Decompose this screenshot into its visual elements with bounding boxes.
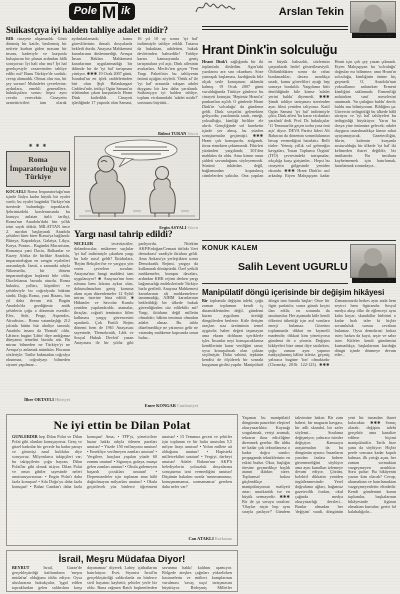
cartoon-drawing	[74, 136, 200, 220]
suikast-headline: Suikastçıya iyi halden tahliye adalet mi…	[6, 25, 198, 35]
column-arslan-tekin: Arslan Tekin ∙ ∙ ∙ ∙ ∙ ∙ ∙ ∙ ∙ ∙ ∙ ∙ ∙ ∙…	[202, 0, 396, 236]
arslan-text: sağlığında bir iki toplantıda dinledim. …	[202, 60, 396, 178]
newspaper-page: Pole M ik Suikastçıya iyi halden tahliye…	[0, 0, 400, 594]
polemik-logo: Pole M ik	[69, 2, 136, 21]
article-israil: İsrail, Meşru Müdafaa Diyor! BEYRUT İsra…	[6, 550, 238, 592]
header-rule	[202, 26, 348, 30]
konuk-name-rule	[202, 283, 348, 284]
yargi-text: tecavüzcüler, dolandırıcılar, mükerrer s…	[74, 242, 198, 345]
israil-text: İsrail, Gazze'de gerçekleştirdiği katlia…	[12, 566, 232, 592]
konuk-label: KONUK KALEM	[202, 245, 258, 252]
article-suikast: Pole M ik Suikastçıya iyi halden tahliye…	[6, 2, 198, 140]
konuk-body-lower: Yaşanan bu manipülatif döngünün panzehir…	[242, 416, 396, 592]
author-contact-strip: ∙ ∙ ∙ ∙ ∙ ∙ ∙ ∙ ∙ ∙ ∙ ∙ ∙ ∙	[352, 278, 396, 283]
roma-body: KOCAELİ Roma İmparatorluğu'nun içinde İt…	[6, 190, 70, 396]
konuk-author-name: Salih Levent UGURLU	[238, 261, 348, 273]
logo-letter-m: M	[100, 2, 118, 21]
suikast-text: cinayete alışamadık. Gözü dönmüş bir kat…	[6, 37, 198, 105]
dilan-headline: Ne iyi ettin be Dilan Polat	[12, 418, 232, 433]
israil-body: BEYRUT İsrail, Gazze'de gerçekleştirdiği…	[12, 566, 232, 592]
dilan-body: GÜNLERDİR hep Dilan Polat ve Dilan Polat…	[12, 435, 232, 535]
dilan-byline: Can ATAKLI Korkusuz	[12, 536, 232, 541]
konuk-text-2: Yaşanan bu manipülatif döngünün panzehir…	[242, 416, 396, 514]
suikast-body: BİR cinayete alışamadık. Gözü dönmüş bir…	[6, 37, 198, 137]
article-roma: ✱ ✱ ✱ Roma İmparatorluğu ve Türkiye KOCA…	[6, 142, 70, 414]
roma-byline: İlber ORTAYLI Hürriyet	[6, 397, 70, 402]
arslan-headline: Hrant Dink'in solculuğu	[202, 43, 396, 57]
yargi-body: NİCELER tecavüzcüler, dolandırıcılar, mü…	[74, 242, 198, 402]
editorial-cartoon-block: Bülent TURAN Sözcü	[74, 131, 198, 230]
logo-text-ik: ik	[118, 3, 135, 20]
article-yargi: Yargı nasıl tahrip edildi? NİCELER tecav…	[74, 228, 198, 412]
yargi-headline: Yargı nasıl tahrip edildi?	[74, 230, 198, 240]
logo-text-pole: Pole	[69, 3, 100, 20]
roma-text: Roma İmparatorluğu'nun içinde İtalya kad…	[6, 190, 70, 367]
israil-headline: İsrail, Meşru Müdafaa Diyor!	[12, 554, 232, 565]
konuk-text-1: toplumda değişim talebi, çoğu zaman topl…	[202, 299, 396, 367]
arslan-author-name: Arslan Tekin	[279, 6, 344, 18]
article-dilan: Ne iyi ettin be Dilan Polat GÜNLERDİR he…	[6, 414, 238, 546]
yargi-byline: Emre KONGAR Cumhuriyet	[74, 403, 198, 408]
konuk-headline: Manipülatif döngü içerisinde bir değişim…	[202, 288, 396, 297]
arslan-author-photo	[350, 1, 396, 33]
author-contact-strip: ∙ ∙ ∙ ∙ ∙ ∙ ∙ ∙ ∙ ∙ ∙ ∙ ∙ ∙	[352, 33, 396, 38]
dilan-text: hep Dilan Polat ve Dilan Polat gibi olan…	[12, 435, 232, 489]
column-konuk-kalem: KONUK KALEM Salih Levent UGURLU ∙ ∙ ∙ ∙ …	[202, 240, 396, 414]
arslan-body: Hrant Dink'i sağlığında bir iki toplantı…	[202, 60, 396, 232]
roma-heading-box: Roma İmparatorluğu ve Türkiye	[6, 151, 70, 187]
konuk-body-upper: Bir toplumda değişim talebi, çoğu zaman …	[202, 299, 396, 407]
konuk-author-photo	[350, 244, 396, 278]
section-separator: ✱ ✱ ✱	[6, 143, 70, 149]
